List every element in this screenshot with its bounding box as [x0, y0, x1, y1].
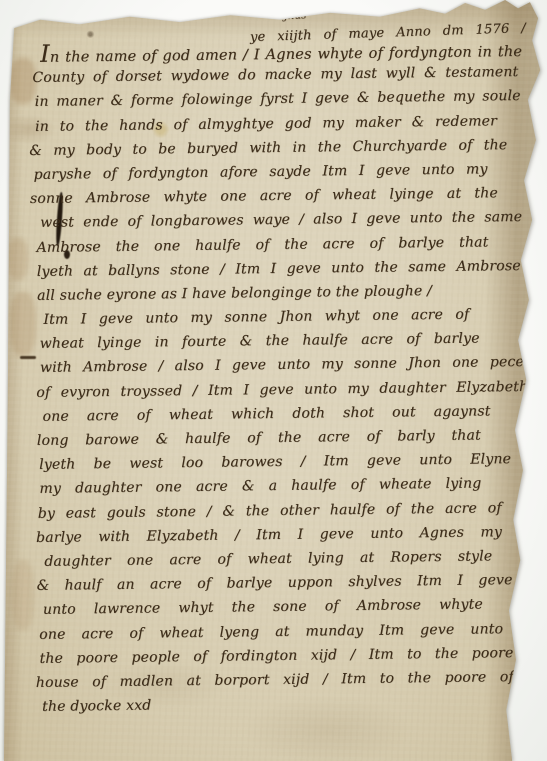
manuscript-line: lyeth at ballyns stone / Itm I geve unto…	[37, 254, 521, 284]
manuscript-page: Jhus ye xiijth of maye Anno dm 1576 / In…	[4, 0, 544, 761]
ink-bleed-through	[8, 238, 28, 280]
ink-bleed-through	[12, 560, 34, 630]
manuscript-page-wrap: Jhus ye xiijth of maye Anno dm 1576 / In…	[0, 0, 547, 761]
manuscript-text: Jhus ye xiijth of maye Anno dm 1576 / In…	[28, 36, 534, 719]
invocation-text: Jhus	[283, 10, 306, 22]
scan-background: Jhus ye xiijth of maye Anno dm 1576 / In…	[0, 0, 547, 761]
